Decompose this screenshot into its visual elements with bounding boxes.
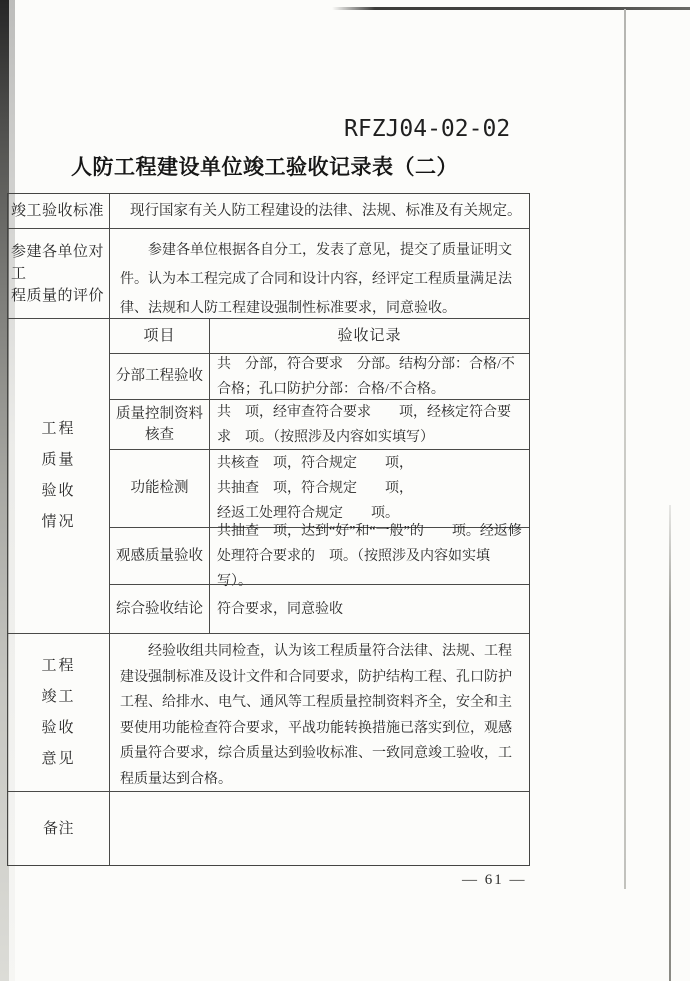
scan-edge-right-outer [669, 505, 671, 981]
item-record: 共核查 项，符合规定 项， 共抽查 项，符合规定 项， 经返工处理符合规定 项。 [210, 450, 529, 527]
item-record: 共 项，经审查符合要求 项，经核定符合要求 项。（按照涉及内容如实填写） [210, 400, 529, 449]
standard-label: 竣工验收标准 [8, 194, 110, 228]
scan-edge-top [332, 7, 690, 10]
form-code: RFZJ04-02-02 [344, 116, 510, 142]
scanned-page: RFZJ04-02-02 人防工程建设单位竣工验收记录表（二） 竣工验收标准 现… [0, 0, 690, 981]
item-label: 功能检测 [110, 450, 210, 527]
row-acceptance-standard: 竣工验收标准 现行国家有关人防工程建设的法律、法规、标准及有关规定。 [8, 194, 529, 228]
subtable-row-function-test: 功能检测 共核查 项，符合规定 项， 共抽查 项，符合规定 项， 经返工处理符合… [110, 449, 529, 527]
item-label: 分部工程验收 [110, 354, 210, 399]
item-label: 综合验收结论 [110, 585, 210, 633]
acceptance-record-table: 竣工验收标准 现行国家有关人防工程建设的法律、法规、标准及有关规定。 参建各单位… [7, 193, 530, 866]
item-record: 符合要求，同意验收 [210, 585, 529, 633]
subtable-header-row: 项目 验收记录 [110, 319, 529, 353]
scan-edge-right [624, 9, 626, 889]
subtable-header-record: 验收记录 [210, 319, 529, 353]
page-number: — 61 — [462, 872, 527, 889]
opinion-content: 经验收组共同检查，认为该工程质量符合法律、法规、工程建设强制标准及设计文件和合同… [110, 634, 529, 791]
remarks-content [110, 792, 529, 865]
page-title: 人防工程建设单位竣工验收记录表（二） [71, 151, 458, 181]
subtable-row-quality-control-docs: 质量控制资料 核查 共 项，经审查符合要求 项，经核定符合要求 项。（按照涉及内… [110, 399, 529, 449]
standard-content: 现行国家有关人防工程建设的法律、法规、标准及有关规定。 [110, 194, 529, 228]
evaluation-label: 参建各单位对工 程质量的评价 [8, 229, 110, 318]
item-record: 共抽查 项，达到“好”和“一般”的 项。经返修处理符合要求的 项。（按照涉及内容… [210, 528, 529, 584]
subtable-row-appearance-quality: 观感质量验收 共抽查 项，达到“好”和“一般”的 项。经返修处理符合要求的 项。… [110, 527, 529, 584]
item-record: 共 分部，符合要求 分部。结构分部：合格/不合格；孔口防护分部：合格/不合格。 [210, 354, 529, 399]
subtable-row-overall-conclusion: 综合验收结论 符合要求，同意验收 [110, 584, 529, 633]
item-label: 质量控制资料 核查 [110, 400, 210, 449]
opinion-section-label: 工程 竣工 验收 意见 [8, 634, 110, 791]
subtable-header-item: 项目 [110, 319, 210, 353]
item-label: 观感质量验收 [110, 528, 210, 584]
row-participants-evaluation: 参建各单位对工 程质量的评价 参建各单位根据各自分工，发表了意见，提交了质量证明… [8, 228, 529, 318]
quality-section-label: 工程 质量 验收 情况 [8, 319, 110, 633]
remarks-label: 备注 [8, 792, 110, 865]
row-completion-opinion: 工程 竣工 验收 意见 经验收组共同检查，认为该工程质量符合法律、法规、工程建设… [8, 633, 529, 791]
row-remarks: 备注 [8, 791, 529, 865]
evaluation-content: 参建各单位根据各自分工，发表了意见，提交了质量证明文件。认为本工程完成了合同和设… [110, 229, 529, 318]
subtable-row-subprojects: 分部工程验收 共 分部，符合要求 分部。结构分部：合格/不合格；孔口防护分部：合… [110, 353, 529, 399]
quality-subtable: 项目 验收记录 分部工程验收 共 分部，符合要求 分部。结构分部：合格/不合格；… [110, 319, 529, 633]
row-quality-acceptance: 工程 质量 验收 情况 项目 验收记录 分部工程验收 共 分部，符合要求 分部。… [8, 318, 529, 633]
